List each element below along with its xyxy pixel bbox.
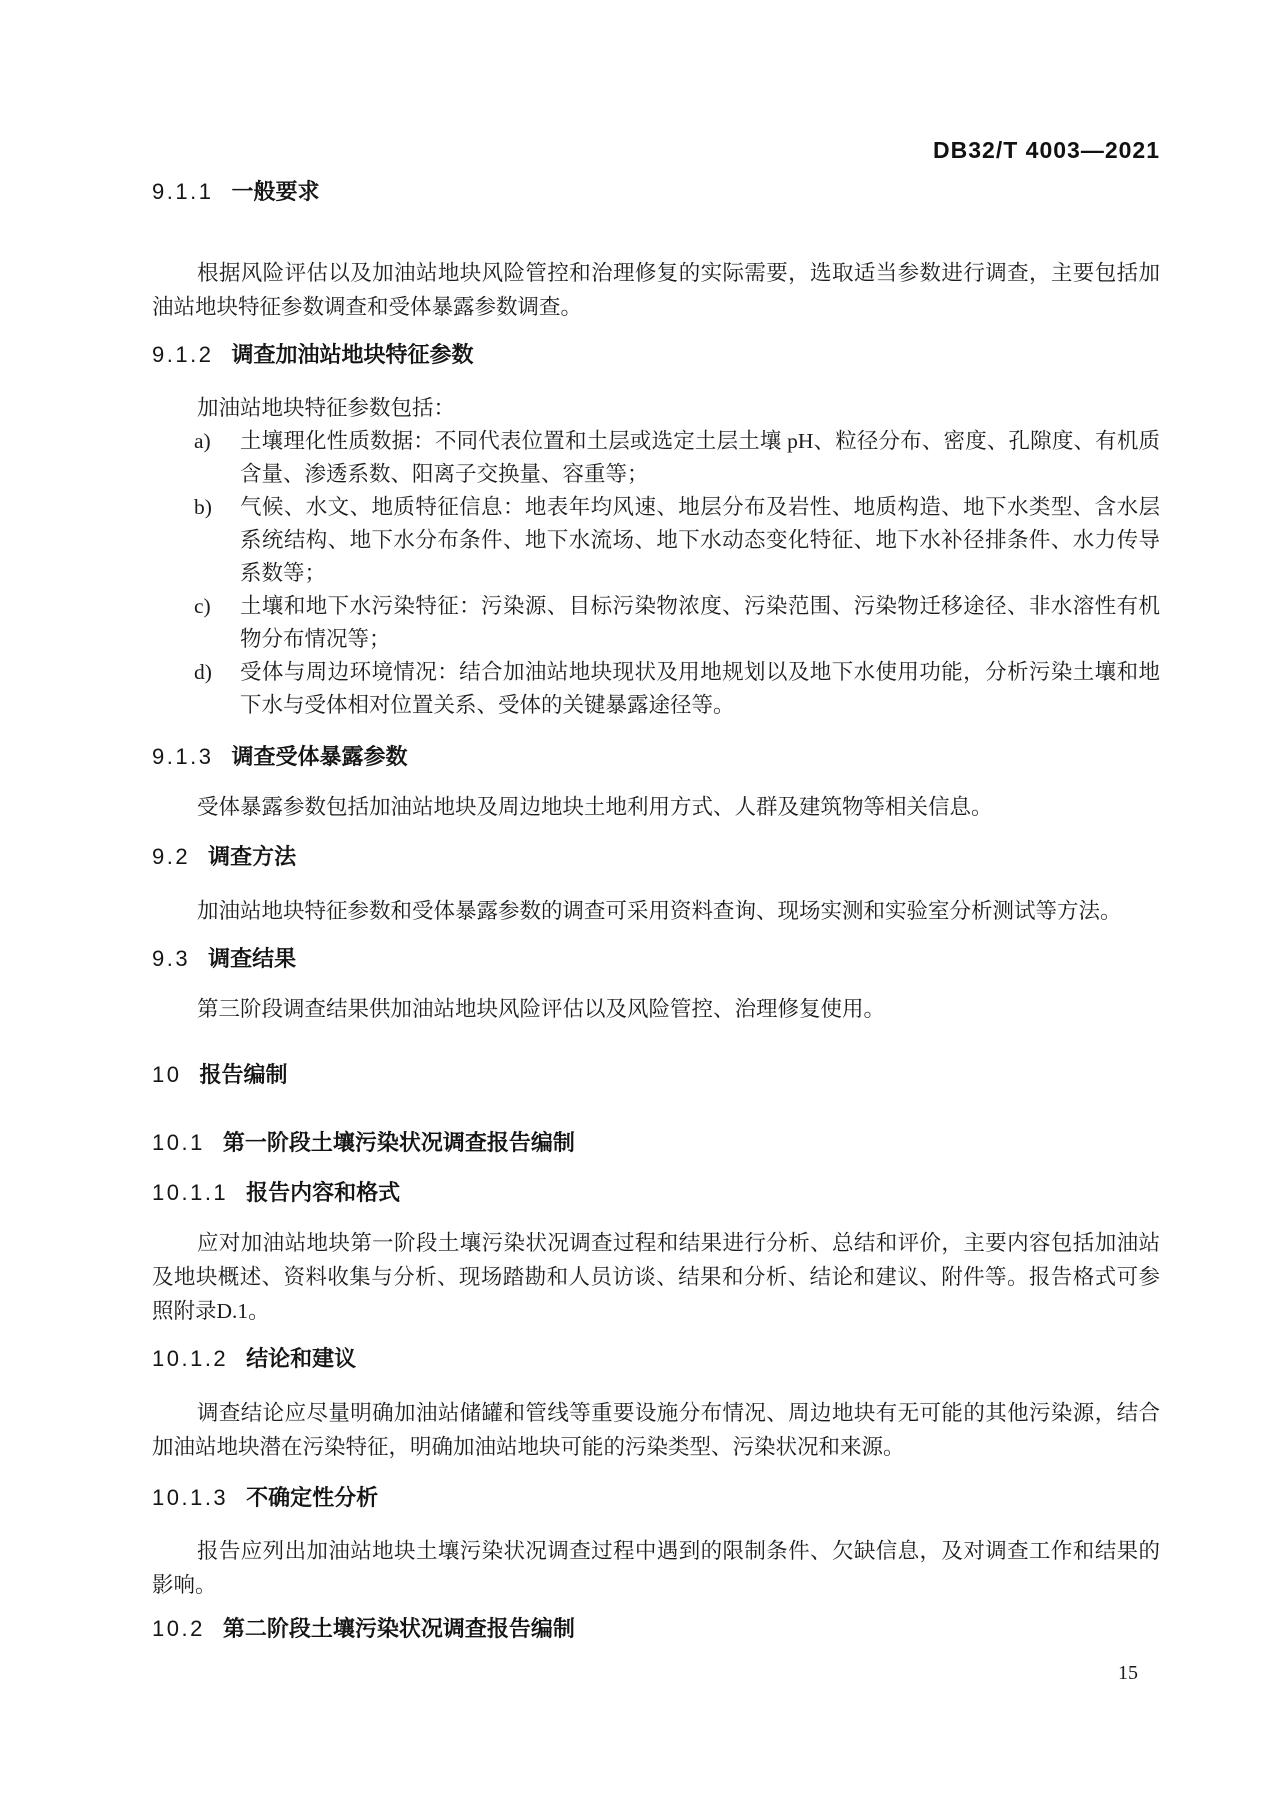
heading-10-2: 10.2第二阶段土壤污染状况调查报告编制	[152, 1614, 1160, 1644]
heading-number: 9.3	[152, 946, 190, 971]
list-item-c: c) 土壤和地下水污染特征：污染源、目标污染物浓度、污染范围、污染物迁移途径、非…	[152, 590, 1160, 656]
list-item-text: 气候、水文、地质特征信息：地表年均风速、地层分布及岩性、地质构造、地下水类型、含…	[240, 491, 1160, 590]
heading-title: 调查方法	[208, 844, 296, 869]
heading-number: 9.1.3	[152, 744, 213, 769]
heading-title: 一般要求	[231, 179, 319, 204]
heading-title: 调查加油站地块特征参数	[231, 342, 473, 367]
heading-title: 报告编制	[199, 1062, 287, 1087]
heading-9-1-3: 9.1.3调查受体暴露参数	[152, 742, 1160, 772]
heading-title: 结论和建议	[246, 1346, 356, 1371]
list-item-text: 土壤和地下水污染特征：污染源、目标污染物浓度、污染范围、污染物迁移途径、非水溶性…	[240, 590, 1160, 656]
heading-9-1-1: 9.1.1一般要求	[152, 177, 1160, 207]
paragraph-10-1-1: 应对加油站地块第一阶段土壤污染状况调查过程和结果进行分析、总结和评价，主要内容包…	[152, 1226, 1160, 1328]
heading-number: 9.1.2	[152, 342, 213, 367]
heading-10: 10报告编制	[152, 1060, 1160, 1090]
list-marker: c)	[194, 590, 240, 656]
heading-number: 10.1	[152, 1130, 205, 1155]
heading-9-3: 9.3调查结果	[152, 944, 1160, 974]
heading-number: 10	[152, 1062, 181, 1087]
paragraph-9-3: 第三阶段调查结果供加油站地块风险评估以及风险管控、治理修复使用。	[152, 992, 1160, 1026]
list-marker: a)	[194, 425, 240, 491]
list-item-a: a) 土壤理化性质数据：不同代表位置和土层或选定土层土壤 pH、粒径分布、密度、…	[152, 425, 1160, 491]
document-code: DB32/T 4003—2021	[152, 135, 1160, 165]
paragraph-9-1-2-lead: 加油站地块特征参数包括：	[152, 391, 1160, 425]
heading-title: 调查结果	[208, 946, 296, 971]
heading-number: 10.2	[152, 1616, 205, 1641]
list-marker: b)	[194, 491, 240, 590]
list-item-text: 土壤理化性质数据：不同代表位置和土层或选定土层土壤 pH、粒径分布、密度、孔隙度…	[240, 425, 1160, 491]
paragraph-9-1-1: 根据风险评估以及加油站地块风险管控和治理修复的实际需要，选取适当参数进行调查，主…	[152, 256, 1160, 324]
list-item-text: 受体与周边环境情况：结合加油站地块现状及用地规划以及地下水使用功能，分析污染土壤…	[240, 656, 1160, 722]
heading-10-1-3: 10.1.3不确定性分析	[152, 1483, 1160, 1513]
heading-title: 第一阶段土壤污染状况调查报告编制	[223, 1130, 575, 1155]
heading-number: 9.2	[152, 844, 190, 869]
heading-title: 调查受体暴露参数	[231, 744, 407, 769]
list-item-b: b) 气候、水文、地质特征信息：地表年均风速、地层分布及岩性、地质构造、地下水类…	[152, 491, 1160, 590]
heading-title: 不确定性分析	[246, 1485, 378, 1510]
heading-number: 9.1.1	[152, 179, 213, 204]
heading-10-1-1: 10.1.1报告内容和格式	[152, 1178, 1160, 1208]
paragraph-9-2: 加油站地块特征参数和受体暴露参数的调查可采用资料查询、现场实测和实验室分析测试等…	[152, 894, 1160, 928]
list-item-d: d) 受体与周边环境情况：结合加油站地块现状及用地规划以及地下水使用功能，分析污…	[152, 656, 1160, 722]
heading-title: 第二阶段土壤污染状况调查报告编制	[223, 1616, 575, 1641]
heading-9-1-2: 9.1.2调查加油站地块特征参数	[152, 340, 1160, 370]
paragraph-10-1-2: 调查结论应尽量明确加油站储罐和管线等重要设施分布情况、周边地块有无可能的其他污染…	[152, 1396, 1160, 1464]
heading-10-1: 10.1第一阶段土壤污染状况调查报告编制	[152, 1128, 1160, 1158]
paragraph-9-1-3: 受体暴露参数包括加油站地块及周边地块土地利用方式、人群及建筑物等相关信息。	[152, 790, 1160, 824]
heading-number: 10.1.2	[152, 1346, 228, 1371]
page-number: 15	[1118, 1662, 1138, 1685]
heading-number: 10.1.3	[152, 1485, 228, 1510]
heading-title: 报告内容和格式	[246, 1180, 400, 1205]
list-marker: d)	[194, 656, 240, 722]
heading-number: 10.1.1	[152, 1180, 228, 1205]
paragraph-10-1-3: 报告应列出加油站地块土壤污染状况调查过程中遇到的限制条件、欠缺信息，及对调查工作…	[152, 1534, 1160, 1602]
document-page: DB32/T 4003—2021 9.1.1一般要求 根据风险评估以及加油站地块…	[0, 0, 1280, 1810]
feature-parameter-list: a) 土壤理化性质数据：不同代表位置和土层或选定土层土壤 pH、粒径分布、密度、…	[152, 425, 1160, 722]
heading-9-2: 9.2调查方法	[152, 842, 1160, 872]
heading-10-1-2: 10.1.2结论和建议	[152, 1344, 1160, 1374]
